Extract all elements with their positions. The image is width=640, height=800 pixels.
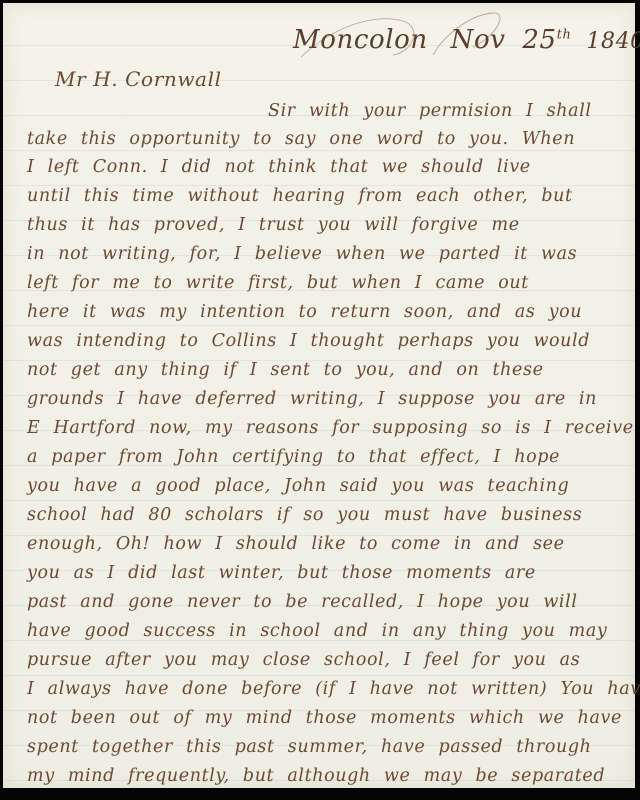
letter-line: have good success in school and in any t…: [27, 621, 607, 641]
letter-line: not been out of my mind those moments wh…: [27, 708, 622, 728]
letter-line: was intending to Collins I thought perha…: [27, 331, 590, 351]
dateline: Moncolon Nov 25th 1840: [293, 25, 640, 55]
letter-line: past and gone never to be recalled, I ho…: [27, 592, 578, 612]
letter-line: I always have done before (if I have not…: [27, 679, 640, 699]
letter-line: E Hartford now, my reasons for supposing…: [27, 418, 634, 438]
letter-line: in not writing, for, I believe when we p…: [27, 244, 577, 264]
letter-page: Moncolon Nov 25th 1840 Mr H. Cornwall Si…: [3, 3, 635, 788]
letter-line: not get any thing if I sent to you, and …: [27, 360, 544, 380]
letter-line: Sir with your permision I shall: [268, 101, 592, 121]
dateline-day-suffix: th: [557, 27, 572, 42]
dateline-year: 1840: [586, 29, 640, 54]
letter-line: pursue after you may close school, I fee…: [27, 650, 580, 670]
letter-line: school had 80 scholars if so you must ha…: [27, 505, 582, 525]
letter-line: left for me to write first, but when I c…: [27, 273, 529, 293]
letter-line: until this time without hearing from eac…: [27, 186, 573, 206]
letter-line: you as I did last winter, but those mome…: [27, 563, 536, 583]
dateline-day: 25: [522, 25, 556, 55]
letter-line: a paper from John certifying to that eff…: [27, 447, 560, 467]
letter-line: enough, Oh! how I should like to come in…: [27, 534, 565, 554]
letter-line: my mind frequently, but although we may …: [27, 766, 605, 786]
letter-line: thus it has proved, I trust you will for…: [27, 215, 520, 235]
letter-line: take this opportunity to say one word to…: [27, 129, 575, 149]
letter-line: I left Conn. I did not think that we sho…: [27, 157, 531, 177]
letter-line: here it was my intention to return soon,…: [27, 302, 582, 322]
letter-line: you have a good place, John said you was…: [27, 476, 569, 496]
salutation: Mr H. Cornwall: [55, 67, 222, 91]
letter-line: spent together this past summer, have pa…: [27, 737, 592, 757]
scan-border: Moncolon Nov 25th 1840 Mr H. Cornwall Si…: [0, 0, 640, 800]
dateline-place: Moncolon: [293, 25, 428, 55]
letter-line: grounds I have deferred writing, I suppo…: [27, 389, 597, 409]
dateline-month: Nov: [451, 25, 506, 55]
